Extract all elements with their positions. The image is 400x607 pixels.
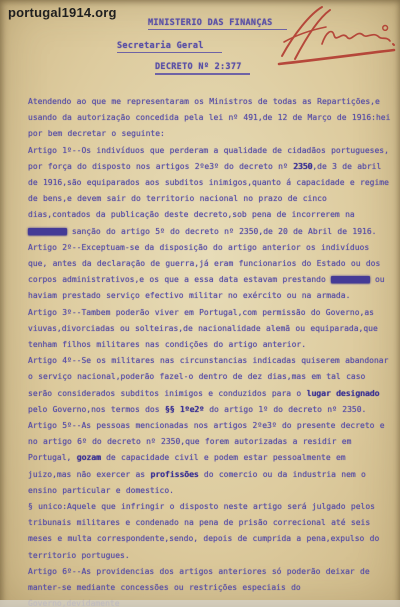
text-segment: do artigo 1º do decreto nº 2350.: [204, 405, 366, 414]
paragraph-artigo-5: Artigo 5º--As pessoas mencionadas nos ar…: [28, 418, 392, 499]
document-body: Atendendo ao que me representaram os Min…: [28, 94, 392, 607]
text-segment: Artigo 3º--Tambem poderão viver em Portu…: [28, 308, 378, 349]
text-segment: 2350: [293, 162, 312, 171]
ink-blot: [28, 228, 67, 235]
text-segment: Artigo 2º--Exceptuam-se da disposição do…: [28, 243, 380, 284]
text-segment: pelo Governo,nos termos dos: [28, 405, 165, 414]
scan-edge: [0, 600, 400, 607]
text-segment: sanção do artigo 5º do decreto nº 2350,d…: [67, 227, 377, 236]
text-segment: Atendendo ao que me representaram os Min…: [28, 97, 390, 138]
text-segment: gozam: [77, 453, 101, 462]
watermark-text: portugal1914.org: [8, 5, 117, 20]
handwritten-signature: [266, 2, 400, 74]
paragraph-preambulo: Atendendo ao que me representaram os Min…: [28, 94, 392, 143]
ink-blot: [331, 276, 370, 283]
paragraph-artigo-3: Artigo 3º--Tambem poderão viver em Portu…: [28, 305, 392, 354]
paragraph-artigo-4: Artigo 4º--Se os militares nas circunsta…: [28, 353, 392, 418]
paragraph-paragrafo-unico: § unico:Aquele que infringir o disposto …: [28, 499, 392, 564]
scanned-document-page: portugal1914.org MINISTERIO DAS FINANÇAS…: [0, 0, 400, 607]
text-segment: lugar designado: [307, 389, 380, 398]
text-segment: profissões: [150, 470, 198, 479]
header-decree-number: DECRETO Nº 2:377: [155, 62, 250, 75]
text-segment: §§ 1ºe2º: [165, 405, 204, 414]
header-department: Secretaria Geral: [117, 41, 222, 53]
text-segment: § unico:Aquele que infringir o disposto …: [28, 502, 379, 560]
paragraph-artigo-2: Artigo 2º--Exceptuam-se da disposição do…: [28, 240, 392, 305]
paragraph-artigo-1: Artigo 1º--Os indivíduos que perderam a …: [28, 143, 392, 240]
